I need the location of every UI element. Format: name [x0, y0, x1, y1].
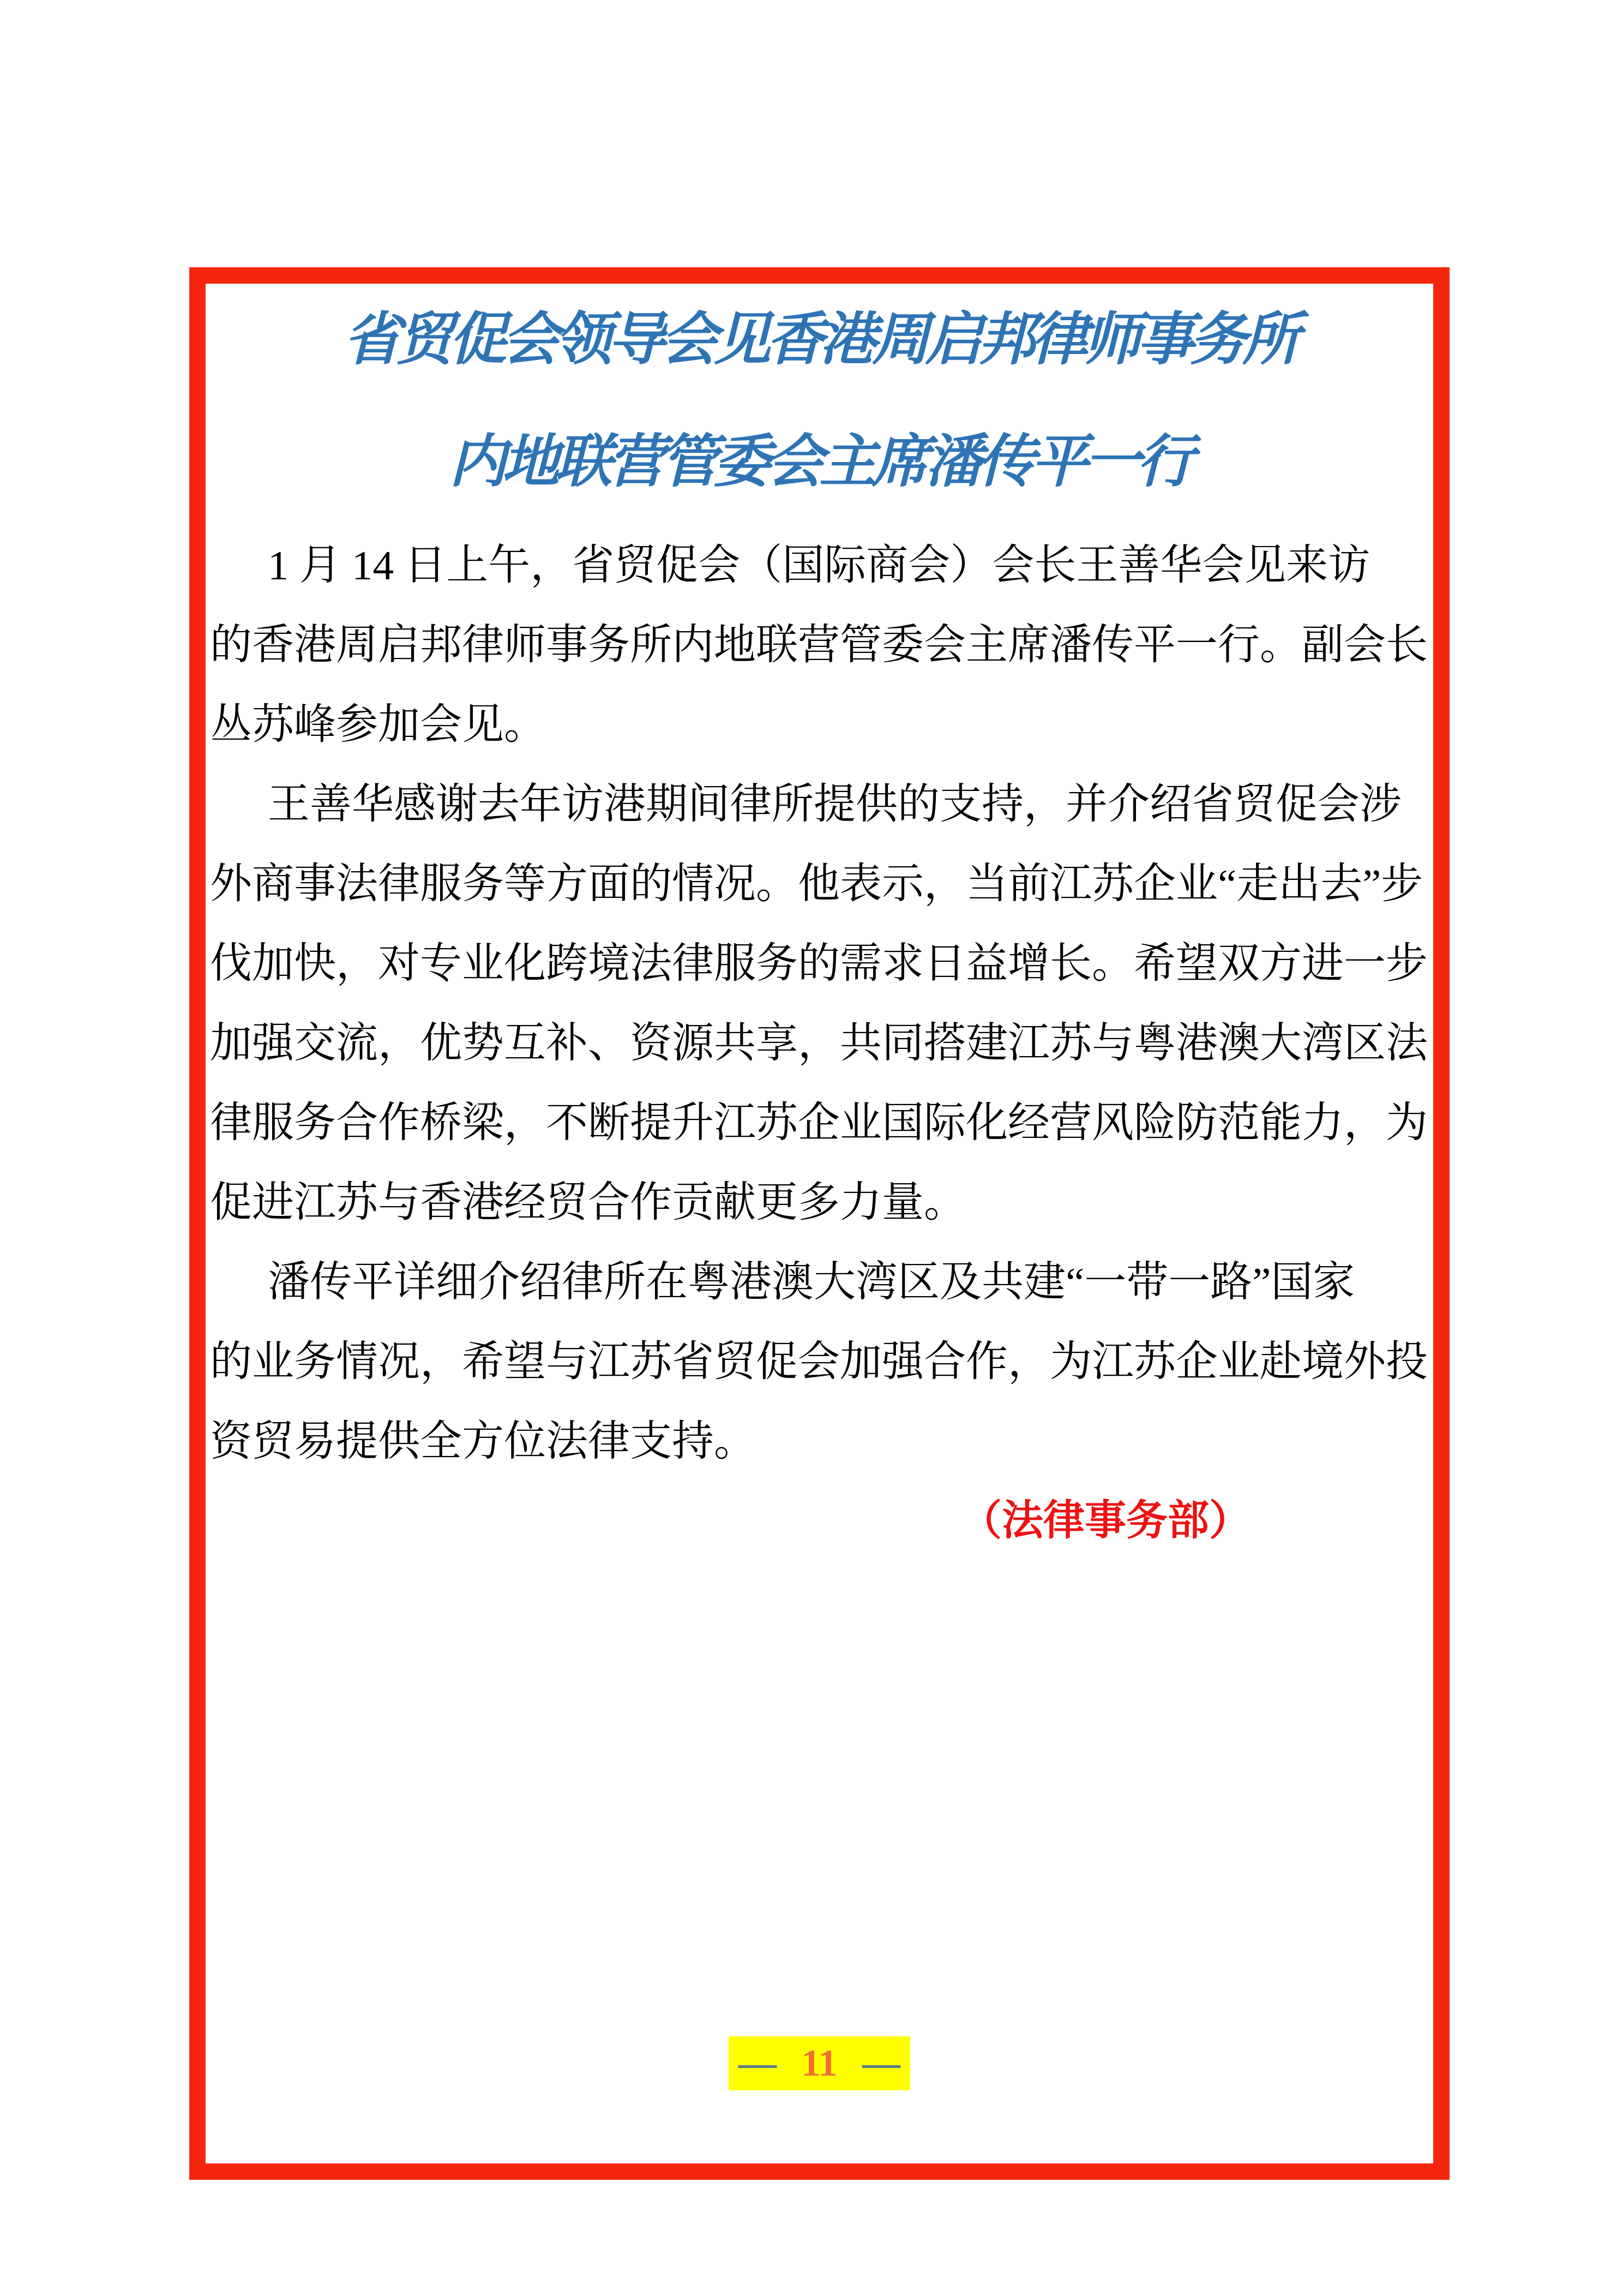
body-line: 丛苏峰参加会见。: [210, 685, 1434, 764]
page-number-row: — 11 —: [189, 2036, 1450, 2090]
signature-line: （法律事务部）: [210, 1481, 1434, 1561]
document-page: 省贸促会领导会见香港周启邦律师事务所 内地联营管委会主席潘传平一行 1 月 14…: [0, 0, 1623, 2296]
body-line: 的香港周启邦律师事务所内地联营管委会主席潘传平一行。副会长: [210, 605, 1434, 685]
body-line: 外商事法律服务等方面的情况。他表示，当前江苏企业“走出去”步: [210, 844, 1434, 924]
page-number-left-dash: —: [738, 2042, 777, 2084]
body-line: 1 月 14 日上午，省贸促会（国际商会）会长王善华会见来访: [210, 525, 1434, 605]
body-line: 促进江苏与香港经贸合作贡献更多力量。: [210, 1162, 1434, 1242]
page-number-right-dash: —: [862, 2042, 900, 2084]
body-line: 的业务情况，希望与江苏省贸促会加强合作，为江苏企业赴境外投: [210, 1322, 1434, 1401]
body-line: 王善华感谢去年访港期间律所提供的支持，并介绍省贸促会涉: [210, 764, 1434, 844]
body-line: 伐加快，对专业化跨境法律服务的需求日益增长。希望双方进一步: [210, 924, 1434, 1003]
body-line: 潘传平详细介绍律所在粤港澳大湾区及共建“一带一路”国家: [210, 1242, 1434, 1322]
article-body: 1 月 14 日上午，省贸促会（国际商会）会长王善华会见来访 的香港周启邦律师事…: [210, 525, 1434, 1561]
body-line: 律服务合作桥梁，不断提升江苏企业国际化经营风险防范能力，为: [210, 1083, 1434, 1162]
page-number-value: 11: [801, 2042, 837, 2084]
body-line: 资贸易提供全方位法律支持。: [210, 1401, 1434, 1481]
document-title-line2: 内地联营管委会主席潘传平一行: [189, 416, 1450, 508]
document-title-line1: 省贸促会领导会见香港周启邦律师事务所: [189, 293, 1450, 386]
page-number-badge: — 11 —: [729, 2036, 910, 2090]
body-line: 加强交流，优势互补、资源共享，共同搭建江苏与粤港澳大湾区法: [210, 1003, 1434, 1083]
